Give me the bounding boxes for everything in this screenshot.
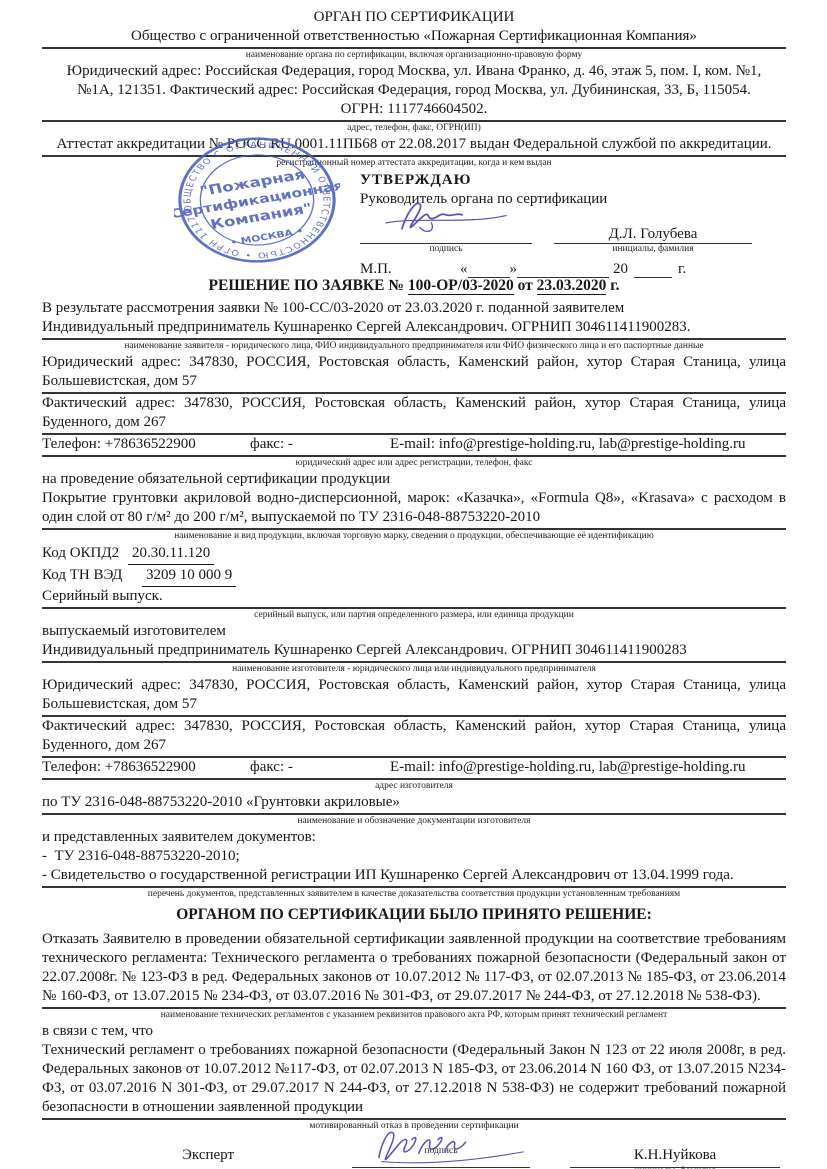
serial-caption: серийный выпуск, или партия определенног… [42, 610, 786, 620]
applicant-contacts-caption: юридический адрес или адрес регистрации,… [42, 458, 786, 468]
reason-paragraph: Технический регламент о требованиях пожа… [42, 1041, 786, 1117]
refusal-paragraph: Отказать Заявителю в проведении обязател… [42, 930, 786, 1006]
divider [42, 338, 786, 340]
okpd2-row: Код ОКПД2 20.30.11.120 [42, 543, 786, 565]
divider [42, 120, 786, 122]
applicant-fax: факс: - [250, 435, 390, 454]
head-signature-field: подпись [360, 225, 532, 244]
stamp-center-line1: "Пожарная [198, 166, 307, 199]
manufacturer-phone: Телефон: +78636522900 [42, 758, 250, 777]
stamp-center-line2: Сертификационная [174, 179, 340, 222]
expert-signature-field: подпись [352, 1145, 530, 1168]
title-suffix: г. [610, 277, 619, 294]
day-blank [468, 263, 510, 278]
year-prefix: 20 [613, 260, 628, 278]
applicant-email: E-mail: info@prestige-holding.ru, lab@pr… [390, 435, 786, 454]
applicant-legal-address: Юридический адрес: 347830, РОССИЯ, Росто… [42, 353, 786, 391]
divider [42, 813, 786, 815]
decision-heading: ОРГАНОМ ПО СЕРТИФИКАЦИИ БЫЛО ПРИНЯТО РЕШ… [42, 905, 786, 925]
quote-close: » [510, 260, 518, 278]
head-name: Д.Л. Голубева [609, 226, 698, 242]
month-blank [517, 263, 609, 278]
documents-caption: перечень документов, представленных заяв… [42, 889, 786, 899]
document-title: РЕШЕНИЕ ПО ЗАЯВКЕ № 100-ОР/03-2020 от 23… [42, 276, 786, 296]
manufacturer-tu: по ТУ 2316-048-88753220-2010 «Грунтовки … [42, 793, 786, 812]
head-signature-icon [366, 195, 526, 239]
manufacturer-actual-address: Фактический адрес: 347830, РОССИЯ, Росто… [42, 717, 786, 755]
product-description-caption: наименование и вид продукции, включая то… [42, 531, 786, 541]
mp-label: М.П. [360, 260, 460, 278]
org-address-caption: адрес, телефон, факс, ОГРН(ИП) [42, 123, 786, 133]
approval-signature-row: подпись Д.Л. Голубева инициалы, фамилия [360, 225, 786, 244]
manufacturer-address-caption: адрес изготовителя [42, 781, 786, 791]
okpd2-label: Код ОКПД2 [42, 543, 128, 565]
divider [42, 886, 786, 888]
stamp-center-line3: Компания" [209, 200, 314, 233]
year-blank [634, 263, 672, 278]
document-item: - ТУ 2316-048-88753220-2010; [42, 847, 786, 866]
org-title: ОРГАН ПО СЕРТИФИКАЦИИ [42, 8, 786, 27]
head-name-caption: инициалы, фамилия [554, 244, 752, 254]
refusal-caption: наименование технических регламентов с у… [42, 1010, 786, 1020]
org-name: Общество с ограниченной ответственностью… [42, 27, 786, 46]
divider [42, 778, 786, 780]
divider [42, 47, 786, 49]
approval-block: УТВЕРЖДАЮ Руководитель органа по сертифи… [360, 170, 786, 278]
tnved-value: 3209 10 000 9 [142, 565, 236, 587]
divider [42, 155, 786, 157]
divider [42, 661, 786, 663]
document-item: - Свидетельство о государственной регист… [42, 866, 786, 885]
product-description: Покрытие грунтовки акриловой водно-диспе… [42, 489, 786, 527]
manufacturer-email: E-mail: info@prestige-holding.ru, lab@pr… [390, 758, 786, 777]
tnved-label: Код ТН ВЭД [42, 565, 142, 587]
approval-section: ОБЩЕСТВО С ОГРАНИЧЕННОЙ ОТВЕТСТВЕННОСТЬЮ… [42, 170, 786, 274]
application-number: 100-ОР/03-2020 [408, 277, 514, 295]
application-date: 23.03.2020 [537, 277, 607, 295]
manufacturer-name: Индивидуальный предприниматель Кушнаренк… [42, 641, 786, 660]
application-intro: В результате рассмотрения заявки № 100-С… [42, 299, 786, 318]
applicant-phone: Телефон: +78636522900 [42, 435, 250, 454]
applicant-name: Индивидуальный предприниматель Кушнаренк… [42, 318, 786, 337]
expert-name-field: К.Н.Нуйкова инициалы, фамилия [570, 1145, 780, 1168]
applicant-name-caption: наименование заявителя - юридического ли… [42, 341, 786, 351]
manufacturer-intro: выпускаемый изготовителем [42, 622, 786, 641]
because-line: в связи с тем, что [42, 1022, 786, 1041]
title-label: РЕШЕНИЕ ПО ЗАЯВКЕ № [209, 277, 404, 294]
applicant-contacts-row: Телефон: +78636522900 факс: - E-mail: in… [42, 435, 786, 454]
head-name-field: Д.Л. Голубева инициалы, фамилия [554, 225, 752, 244]
divider [42, 607, 786, 609]
expert-name: К.Н.Нуйкова [634, 1147, 716, 1163]
expert-label: Эксперт [182, 1145, 352, 1168]
expert-signature-row: Эксперт подпись К.Н.Нуйкова инициалы, фа… [42, 1145, 786, 1168]
accreditation-caption: регистрационный номер аттестата аккредит… [42, 158, 786, 168]
certification-decision-document: ОРГАН ПО СЕРТИФИКАЦИИ Общество с огранич… [0, 0, 827, 1169]
manufacturer-tu-caption: наименование и обозначение документации … [42, 816, 786, 826]
approve-title: УТВЕРЖДАЮ [360, 170, 786, 190]
certification-purpose: на проведение обязательной сертификации … [42, 470, 786, 489]
manufacturer-legal-address: Юридический адрес: 347830, РОССИЯ, Росто… [42, 676, 786, 714]
title-of: от [518, 277, 533, 294]
org-address: Юридический адрес: Российская Федерация,… [58, 62, 770, 119]
manufacturer-name-caption: наименование изготовителя - юридического… [42, 664, 786, 674]
manufacturer-contacts-row: Телефон: +78636522900 факс: - E-mail: in… [42, 758, 786, 777]
serial-production: Серийный выпуск. [42, 587, 786, 606]
accreditation-line: Аттестат аккредитации № РОСС RU.0001.11П… [42, 135, 786, 154]
quote-open: « [460, 260, 468, 278]
okpd2-value: 20.30.11.120 [128, 543, 214, 565]
applicant-actual-address: Фактический адрес: 347830, РОССИЯ, Росто… [42, 394, 786, 432]
org-name-caption: наименование органа по сертификации, вкл… [42, 50, 786, 60]
divider [42, 455, 786, 457]
divider [42, 528, 786, 530]
manufacturer-fax: факс: - [250, 758, 390, 777]
stamp-date-row: М.П. «»20г. [360, 260, 786, 278]
signature-caption: подпись [360, 244, 532, 254]
documents-intro: и представленных заявителем документов: [42, 828, 786, 847]
year-suffix: г. [678, 260, 686, 278]
stamp-bottom-text: • МОСКВА • [229, 226, 304, 248]
tnved-row: Код ТН ВЭД 3209 10 000 9 [42, 565, 786, 587]
expert-signature-icon [352, 1123, 542, 1167]
divider [42, 1118, 786, 1120]
divider [42, 1007, 786, 1009]
